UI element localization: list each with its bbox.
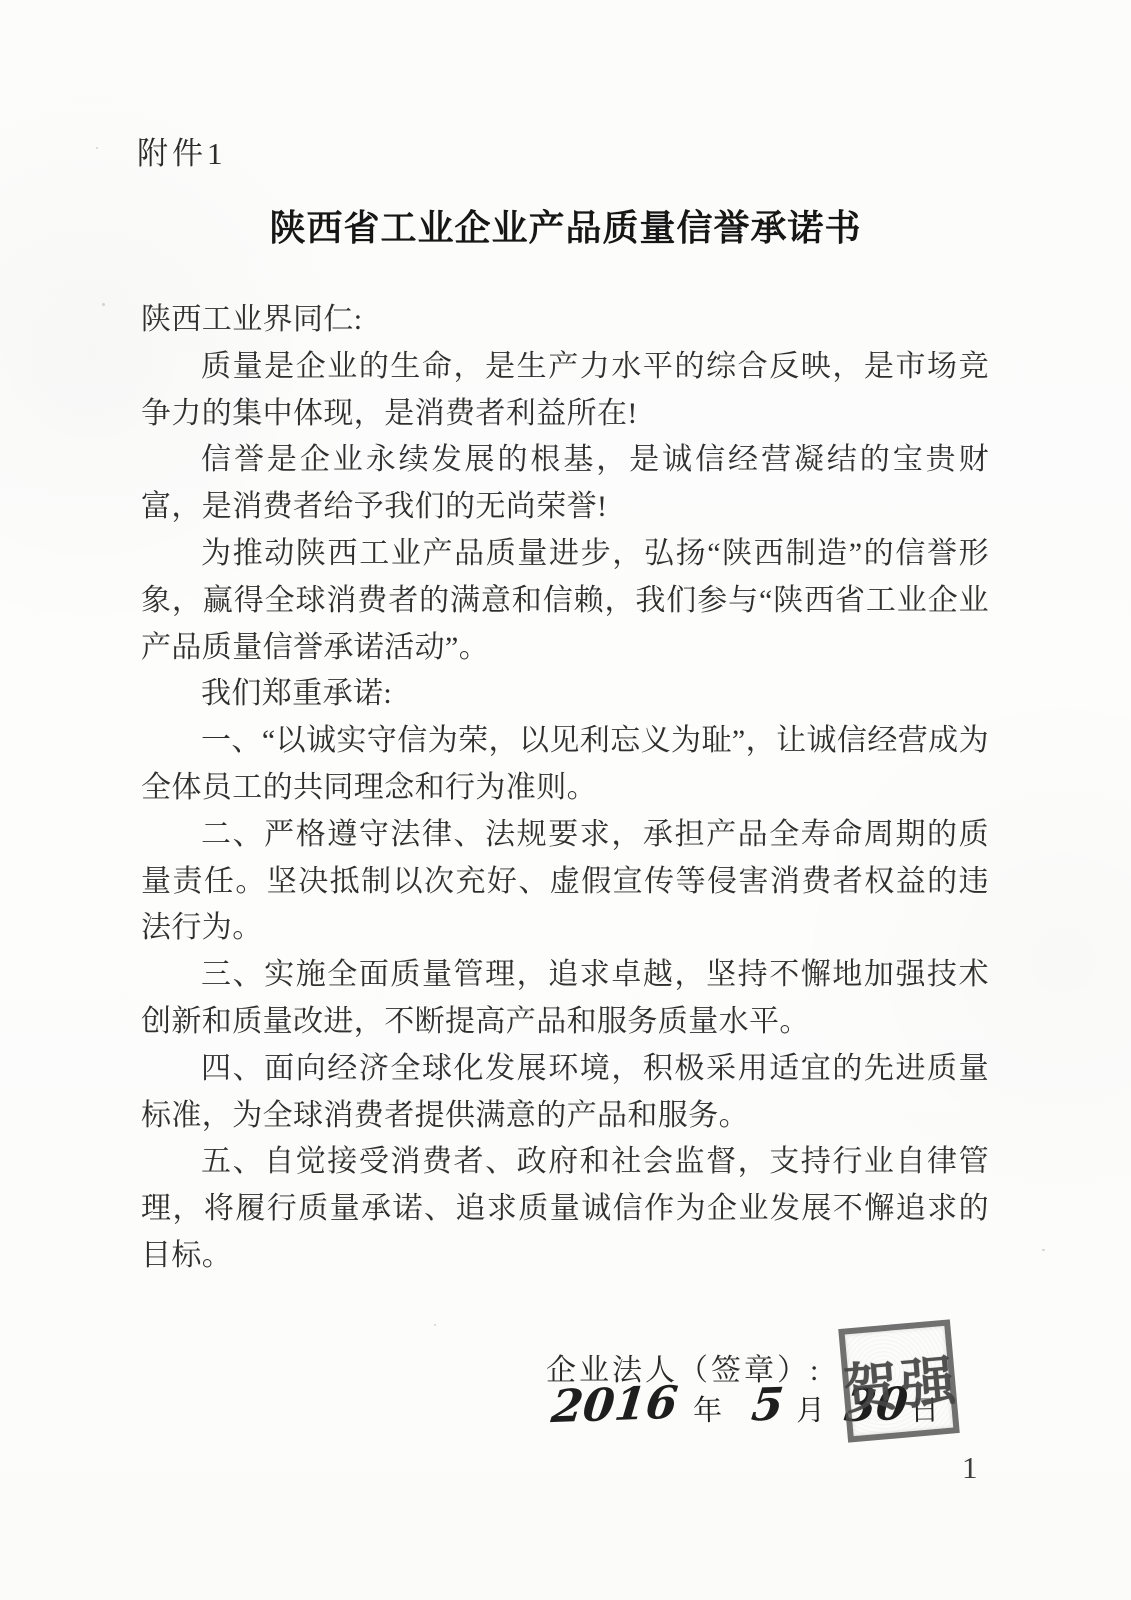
paragraph: 信誉是企业永续发展的根基，是诚信经营凝结的宝贵财富，是消费者给予我们的无尚荣誉! [141, 437, 989, 531]
scan-speck [1042, 1249, 1045, 1251]
scan-speck [102, 303, 105, 306]
document-page: 附件1 陕西省工业企业产品质量信誉承诺书 陕西工业界同仁: 质量是企业的生命，是… [0, 0, 1131, 1600]
paragraph: 二、严格遵守法律、法规要求，承担产品全寿命周期的质量责任。坚决抵制以次充好、虚假… [141, 812, 989, 952]
scan-speck [434, 1324, 436, 1326]
paragraph: 三、实施全面质量管理，追求卓越，坚持不懈地加强技术创新和质量改进，不断提高产品和… [141, 952, 989, 1046]
document-title: 陕西省工业企业产品质量信誉承诺书 [0, 200, 1131, 251]
paragraph: 四、面向经济全球化发展环境，积极采用适宜的先进质量标准，为全球消费者提供满意的产… [141, 1046, 989, 1140]
paragraph: 五、自觉接受消费者、政府和社会监督，支持行业自律管理，将履行质量承诺、追求质量诚… [141, 1139, 989, 1279]
date-month: 5 [749, 1377, 786, 1431]
date-month-unit: 月 [795, 1388, 825, 1430]
paragraph: 一、“以诚实守信为荣，以见利忘义为耻”，让诚信经营成为全体员工的共同理念和行为准… [141, 718, 989, 812]
paragraph: 为推动陕西工业产品质量进步，弘扬“陕西制造”的信誉形象，赢得全球消费者的满意和信… [141, 531, 989, 671]
date-year-unit: 年 [693, 1388, 723, 1430]
paragraph: 我们郑重承诺: [141, 671, 989, 718]
date-year: 2016 [549, 1376, 680, 1433]
name-seal-stamp: 贺强 [838, 1319, 960, 1442]
scan-speck [96, 147, 98, 149]
attachment-label: 附件1 [137, 128, 227, 173]
page-number: 1 [962, 1450, 978, 1486]
stamp-text: 贺强 [840, 1337, 962, 1424]
paragraph: 质量是企业的生命，是生产力水平的综合反映，是市场竞争力的集中体现，是消费者利益所… [141, 344, 989, 438]
document-body: 陕西工业界同仁: 质量是企业的生命，是生产力水平的综合反映，是市场竞争力的集中体… [141, 297, 989, 1280]
salutation: 陕西工业界同仁: [141, 297, 989, 344]
